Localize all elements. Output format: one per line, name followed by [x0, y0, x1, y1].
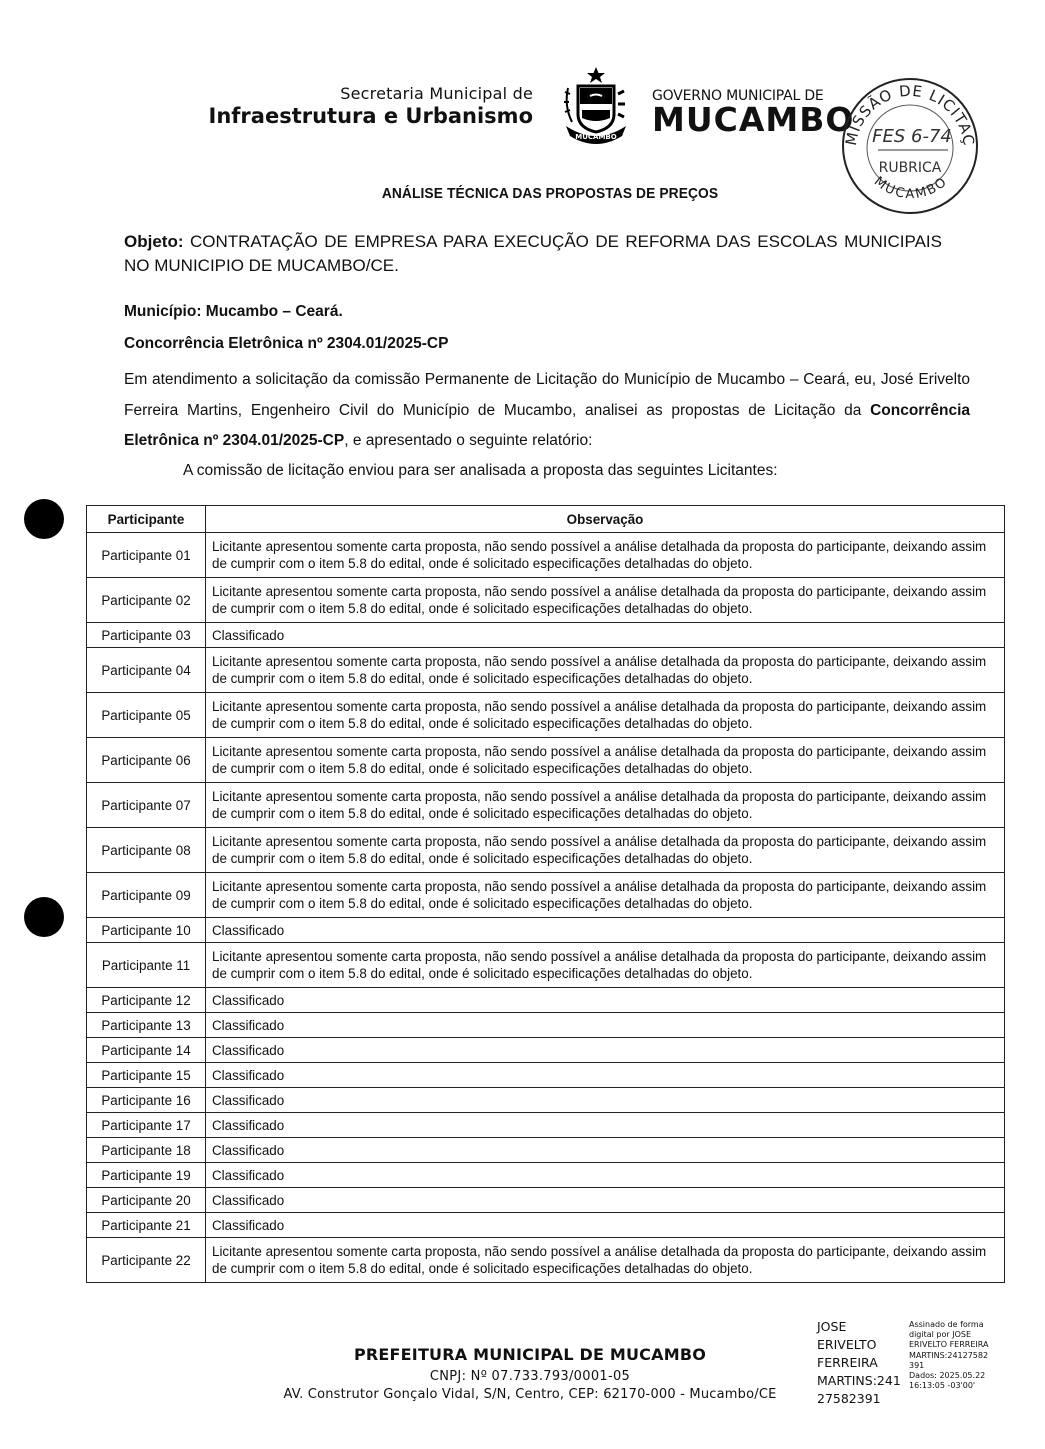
participant-cell: Participante 20 [87, 1188, 206, 1213]
table-row: Participante 21Classificado [87, 1213, 1005, 1238]
footer-address: AV. Construtor Gonçalo Vidal, S/N, Centr… [250, 1387, 810, 1402]
observation-cell: Classificado [206, 1088, 1005, 1113]
table-row: Participante 20Classificado [87, 1188, 1005, 1213]
table-row: Participante 11Licitante apresentou some… [87, 943, 1005, 988]
participant-cell: Participante 19 [87, 1163, 206, 1188]
table-row: Participante 05Licitante apresentou some… [87, 693, 1005, 738]
participant-cell: Participante 03 [87, 623, 206, 648]
objeto-paragraph: Objeto: CONTRATAÇÃO DE EMPRESA PARA EXEC… [124, 230, 942, 278]
svg-text:FES 6-74: FES 6-74 [872, 126, 952, 147]
observation-cell: Classificado [206, 1013, 1005, 1038]
objeto-label: Objeto: [124, 232, 184, 251]
punch-hole [24, 897, 64, 937]
participant-cell: Participante 13 [87, 1013, 206, 1038]
table-row: Participante 16Classificado [87, 1088, 1005, 1113]
digital-signature-details: Assinado de forma digital por JOSE ERIVE… [909, 1320, 988, 1391]
table-row: Participante 02Licitante apresentou some… [87, 578, 1005, 623]
document-title: ANÁLISE TÉCNICA DAS PROPOSTAS DE PREÇOS [44, 185, 1045, 202]
participant-cell: Participante 15 [87, 1063, 206, 1088]
table-row: Participante 01Licitante apresentou some… [87, 533, 1005, 578]
table-row: Participante 14Classificado [87, 1038, 1005, 1063]
participant-cell: Participante 05 [87, 693, 206, 738]
svg-text:MUCAMBO: MUCAMBO [575, 133, 617, 141]
participant-cell: Participante 18 [87, 1138, 206, 1163]
secretaria-line1: Secretaria Municipal de [209, 84, 533, 103]
participant-cell: Participante 11 [87, 943, 206, 988]
observation-cell: Classificado [206, 1188, 1005, 1213]
table-row: Participante 08Licitante apresentou some… [87, 828, 1005, 873]
objeto-text: CONTRATAÇÃO DE EMPRESA PARA EXECUÇÃO DE … [124, 232, 942, 275]
table-row: Participante 12Classificado [87, 988, 1005, 1013]
table-row: Participante 19Classificado [87, 1163, 1005, 1188]
participant-cell: Participante 09 [87, 873, 206, 918]
observation-cell: Licitante apresentou somente carta propo… [206, 578, 1005, 623]
participant-cell: Participante 04 [87, 648, 206, 693]
participant-cell: Participante 02 [87, 578, 206, 623]
observation-cell: Classificado [206, 1113, 1005, 1138]
participant-cell: Participante 22 [87, 1238, 206, 1283]
observation-cell: Licitante apresentou somente carta propo… [206, 783, 1005, 828]
table-row: Participante 04Licitante apresentou some… [87, 648, 1005, 693]
participant-cell: Participante 06 [87, 738, 206, 783]
observation-cell: Classificado [206, 988, 1005, 1013]
secretaria-title: Secretaria Municipal de Infraestrutura e… [209, 84, 533, 128]
participant-cell: Participante 14 [87, 1038, 206, 1063]
table-row: Participante 18Classificado [87, 1138, 1005, 1163]
table-row: Participante 15Classificado [87, 1063, 1005, 1088]
observation-cell: Classificado [206, 1213, 1005, 1238]
observation-cell: Licitante apresentou somente carta propo… [206, 693, 1005, 738]
participant-cell: Participante 21 [87, 1213, 206, 1238]
observation-cell: Classificado [206, 1063, 1005, 1088]
footer-cnpj: CNPJ: Nº 07.733.793/0001-05 [250, 1369, 810, 1384]
municipal-crest-icon: MUCAMBO [556, 66, 636, 148]
participant-cell: Participante 10 [87, 918, 206, 943]
governo-title: GOVERNO MUNICIPAL DE MUCAMBO [652, 88, 854, 136]
punch-hole [24, 499, 64, 539]
table-row: Participante 10Classificado [87, 918, 1005, 943]
observation-cell: Licitante apresentou somente carta propo… [206, 1238, 1005, 1283]
governo-line2: MUCAMBO [652, 104, 854, 136]
observation-cell: Licitante apresentou somente carta propo… [206, 943, 1005, 988]
observation-cell: Classificado [206, 1138, 1005, 1163]
table-row: Participante 03Classificado [87, 623, 1005, 648]
column-header-participante: Participante [87, 506, 206, 533]
observation-cell: Licitante apresentou somente carta propo… [206, 533, 1005, 578]
digital-signature-name: JOSE ERIVELTO FERREIRA MARTINS:241 27582… [817, 1318, 901, 1408]
table-row: Participante 09Licitante apresentou some… [87, 873, 1005, 918]
observation-cell: Classificado [206, 1038, 1005, 1063]
observation-cell: Classificado [206, 623, 1005, 648]
table-row: Participante 13Classificado [87, 1013, 1005, 1038]
participant-cell: Participante 07 [87, 783, 206, 828]
participant-cell: Participante 08 [87, 828, 206, 873]
table-row: Participante 17Classificado [87, 1113, 1005, 1138]
municipio-line: Município: Mucambo – Ceará. [124, 303, 343, 321]
table-row: Participante 06Licitante apresentou some… [87, 738, 1005, 783]
commission-paragraph: A comissão de licitação enviou para ser … [183, 462, 778, 480]
observation-cell: Classificado [206, 918, 1005, 943]
table-row: Participante 07Licitante apresentou some… [87, 783, 1005, 828]
participant-cell: Participante 16 [87, 1088, 206, 1113]
secretaria-line2: Infraestrutura e Urbanismo [209, 104, 533, 128]
observation-cell: Licitante apresentou somente carta propo… [206, 738, 1005, 783]
observation-cell: Licitante apresentou somente carta propo… [206, 873, 1005, 918]
observation-cell: Licitante apresentou somente carta propo… [206, 828, 1005, 873]
participant-cell: Participante 17 [87, 1113, 206, 1138]
participant-cell: Participante 12 [87, 988, 206, 1013]
table-header-row: Participante Observação [87, 506, 1005, 533]
svg-text:RUBRICA: RUBRICA [879, 160, 942, 176]
concorrencia-line: Concorrência Eletrônica nº 2304.01/2025-… [124, 335, 448, 353]
observation-cell: Classificado [206, 1163, 1005, 1188]
results-table: Participante Observação Participante 01L… [86, 505, 1005, 1283]
observation-cell: Licitante apresentou somente carta propo… [206, 648, 1005, 693]
table-row: Participante 22Licitante apresentou some… [87, 1238, 1005, 1283]
column-header-observacao: Observação [206, 506, 1005, 533]
footer-title: PREFEITURA MUNICIPAL DE MUCAMBO [250, 1345, 810, 1364]
participant-cell: Participante 01 [87, 533, 206, 578]
footer: PREFEITURA MUNICIPAL DE MUCAMBO CNPJ: Nº… [250, 1345, 810, 1402]
intro-paragraph: Em atendimento a solicitação da comissão… [124, 365, 970, 457]
